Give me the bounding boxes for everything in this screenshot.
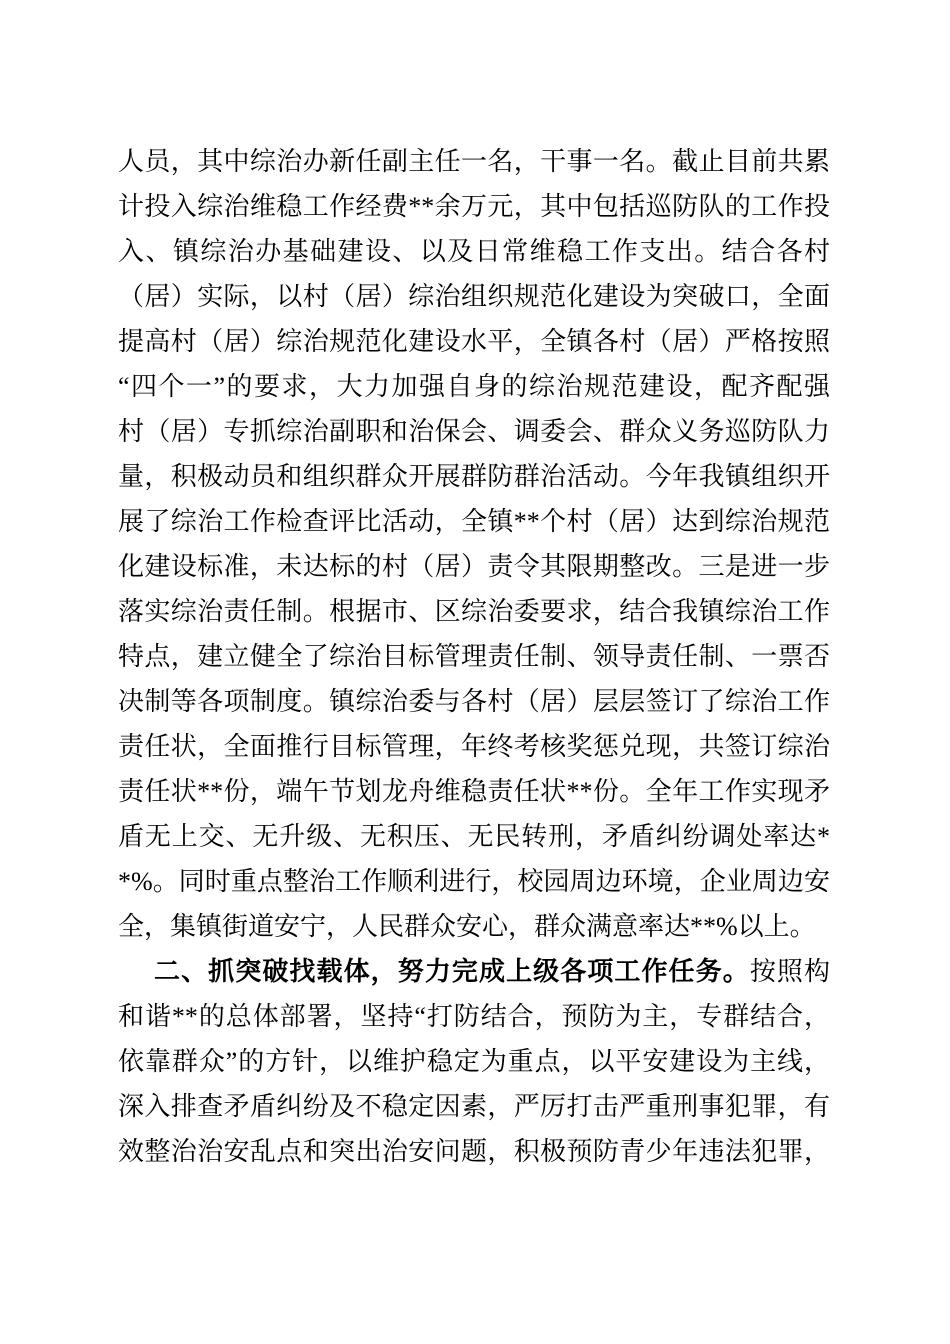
document-text-column: 人员，其中综治办新任副主任一名，干事一名。截止目前共累 计投入综治维稳工作经费*… (118, 139, 830, 1174)
text-line: 依靠群众”的方针，以维护稳定为重点，以平安建设为主线， (118, 1039, 830, 1084)
text-line: 化建设标准，未达标的村（居）责令其限期整改。三是进一步 (118, 544, 830, 589)
text-line: （居）实际，以村（居）综治组织规范化建设为突破口，全面 (118, 274, 830, 319)
text-line: 责任状**份，端午节划龙舟维稳责任状**份。全年工作实现矛 (118, 769, 830, 814)
text-line: “四个一”的要求，大力加强自身的综治规范建设，配齐配强 (118, 364, 830, 409)
text-line: 特点，建立健全了综治目标管理责任制、领导责任制、一票否 (118, 634, 830, 679)
text-line: 村（居）专抓综治副职和治保会、调委会、群众义务巡防队力 (118, 409, 830, 454)
text-line: 入、镇综治办基础建设、以及日常维稳工作支出。结合各村 (118, 229, 830, 274)
text-line: 落实综治责任制。根据市、区综治委要求，结合我镇综治工作 (118, 589, 830, 634)
text-line: 展了综治工作检查评比活动，全镇**个村（居）达到综治规范 (118, 499, 830, 544)
text-line: 全，集镇街道安宁，人民群众安心，群众满意率达**%以上。 (118, 904, 830, 949)
text-line: 计投入综治维稳工作经费**余万元，其中包括巡防队的工作投 (118, 184, 830, 229)
text-line: 和谐**的总体部署，坚持“打防结合，预防为主，专群结合， (118, 994, 830, 1039)
text-line: 决制等各项制度。镇综治委与各村（居）层层签订了综治工作 (118, 679, 830, 724)
text-line: 提高村（居）综治规范化建设水平，全镇各村（居）严格按照 (118, 319, 830, 364)
text-line: *%。同时重点整治工作顺利进行，校园周边环境，企业周边安 (118, 859, 830, 904)
section-heading-line: 二、抓突破找载体，努力完成上级各项工作任务。按照构建 (118, 949, 830, 994)
text-line: 量，积极动员和组织群众开展群防群治活动。今年我镇组织开 (118, 454, 830, 499)
text-line: 效整治治安乱点和突出治安问题，积极预防青少年违法犯罪， (118, 1129, 830, 1174)
section-heading-bold: 二、抓突破找载体，努力完成上级各项工作任务。 (154, 956, 750, 986)
document-page: 人员，其中综治办新任副主任一名，干事一名。截止目前共累 计投入综治维稳工作经费*… (0, 0, 950, 1344)
text-line: 人员，其中综治办新任副主任一名，干事一名。截止目前共累 (118, 139, 830, 184)
text-line: 深入排查矛盾纠纷及不稳定因素，严厉打击严重刑事犯罪，有 (118, 1084, 830, 1129)
text-line: 盾无上交、无升级、无积压、无民转刑，矛盾纠纷调处率达* (118, 814, 830, 859)
text-line: 责任状，全面推行目标管理，年终考核奖惩兑现，共签订综治 (118, 724, 830, 769)
